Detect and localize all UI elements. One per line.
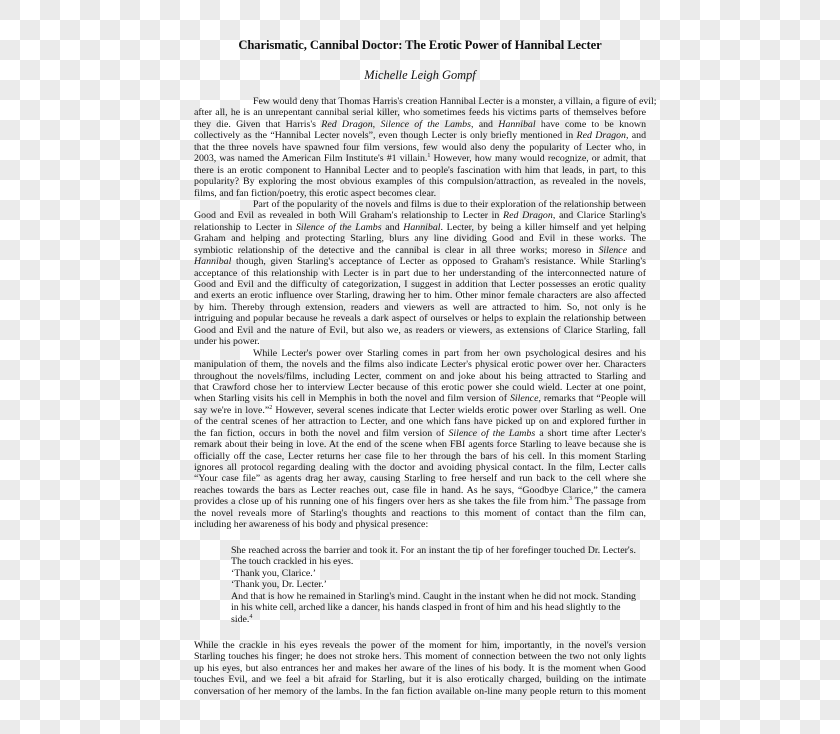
document-title: Charismatic, Cannibal Doctor: The Erotic…: [194, 38, 646, 53]
body-line: say we're in love.”2 However, several sc…: [194, 405, 646, 416]
quote-line: And that is how he remained in Starling'…: [231, 591, 636, 602]
body-line: symbiotic relationship of the detective …: [194, 245, 646, 256]
body-line: the novel reveals more of Starling's tho…: [194, 508, 646, 519]
body-line: Good and Evil and the difficulty of cate…: [194, 279, 646, 290]
body-line: they die. Given that Harris's Red Dragon…: [194, 119, 646, 130]
body-line: officially off the case, Lecter returns …: [194, 451, 646, 462]
block-quote: She reached across the barrier and took …: [231, 545, 636, 625]
body-line: collectively as the “Hannibal Lecter nov…: [194, 130, 646, 141]
footnote-marker: 2: [269, 405, 272, 411]
body-line: of the central scenes of her attraction …: [194, 416, 646, 427]
quote-line: The touch crackled in his eyes.: [231, 556, 636, 567]
essay-body: Few would deny that Thomas Harris's crea…: [194, 96, 646, 531]
body-line: up his eyes, but also entrances her and …: [194, 663, 646, 674]
body-line: ignores all protocol regarding dealing w…: [194, 462, 646, 473]
body-line: Part of the popularity of the novels and…: [194, 199, 646, 210]
document-author: Michelle Leigh Gompf: [194, 68, 646, 83]
body-line: Good and Evil as revealed in both Will G…: [194, 210, 646, 221]
body-line: the fan fiction, occurs in both the nove…: [194, 428, 646, 439]
body-line: reaches towards the bars as Lecter reach…: [194, 485, 646, 496]
body-line: throughout the novels/films, including L…: [194, 371, 646, 382]
final-paragraph: While the crackle in his eyes reveals th…: [194, 640, 646, 697]
body-line: intriguing and popular because he reveal…: [194, 313, 646, 324]
body-line: Graham and helping and protecting Starli…: [194, 233, 646, 244]
body-line: 2003, was named the American Film Instit…: [194, 153, 646, 164]
quote-line: ‘Thank you, Dr. Lecter.’: [231, 579, 636, 590]
body-line: under his power.: [194, 336, 646, 347]
quote-line: in his white cell, arched like a dancer,…: [231, 602, 636, 613]
quote-line: She reached across the barrier and took …: [231, 545, 636, 556]
body-line: Few would deny that Thomas Harris's crea…: [194, 96, 646, 107]
body-line: and exerts an erotic influence over Star…: [194, 290, 646, 301]
body-line: Starling touches his finger; he does not…: [194, 651, 646, 662]
footnote-marker: 1: [427, 153, 430, 159]
body-line: remark about their being in love. At the…: [194, 439, 646, 450]
quote-line: side.4: [231, 614, 636, 625]
body-line: conversation of her memory of the lambs.…: [194, 686, 646, 697]
body-line: that the three novels have spawned four …: [194, 142, 646, 153]
body-line: provides a close up of his running one o…: [194, 496, 646, 507]
body-line: touches Evil, and we feel a bit afraid f…: [194, 674, 646, 685]
quote-line: ‘Thank you, Clarice.’: [231, 568, 636, 579]
body-line: that Crawford chose her to interview Lec…: [194, 382, 646, 393]
body-line: “Your case file” as agents drag her away…: [194, 473, 646, 484]
body-line: after all, he is an unrepentant cannibal…: [194, 107, 646, 118]
body-line: there is an erotic component to Hannibal…: [194, 165, 646, 176]
body-line: acceptance of this relationship with Lec…: [194, 268, 646, 279]
body-line: While Lecter's power over Starling comes…: [194, 348, 646, 359]
body-line: by him. Thereby through extension, reade…: [194, 302, 646, 313]
body-line: popularity? By exploring the most obviou…: [194, 176, 646, 187]
body-line: manipulation of them, the novels and the…: [194, 359, 646, 370]
footnote-marker: 3: [569, 496, 572, 502]
body-line: relationship to Lecter in Silence of the…: [194, 222, 646, 233]
body-line: including her awareness of his body and …: [194, 519, 646, 530]
body-line: Hannibal though, given Starling's accept…: [194, 256, 646, 267]
body-line: when Starling visits his cell in Memphis…: [194, 393, 646, 404]
body-line: While the crackle in his eyes reveals th…: [194, 640, 646, 651]
body-line: Good and Evil and the nature of Evil, bu…: [194, 325, 646, 336]
body-line: films, and fan fiction/poetry, this erot…: [194, 188, 646, 199]
footnote-marker: 4: [249, 614, 252, 620]
